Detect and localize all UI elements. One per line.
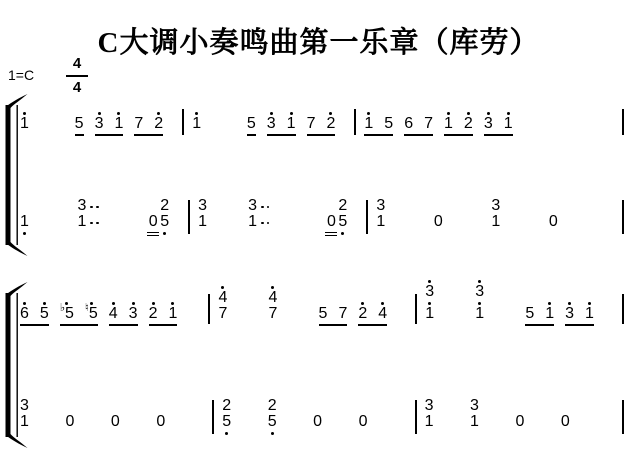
note-digit-row: 1: [545, 306, 554, 322]
time-signature-bar: [66, 75, 88, 77]
note-digit-row: 2: [358, 306, 367, 322]
note-digit: 0: [515, 414, 524, 430]
double-underline: [325, 232, 337, 236]
sub-row: [364, 132, 393, 138]
beam-group-notes: 21: [149, 300, 178, 322]
note-digit: 0: [561, 414, 570, 430]
note-digit-row: 3: [20, 398, 29, 414]
rest: 0: [147, 214, 159, 236]
rest-chord-cluster: 025: [147, 198, 169, 236]
sub-row: [65, 430, 74, 436]
beam-underline: [149, 324, 178, 326]
note-digit: 1: [287, 116, 296, 132]
sub-row: [160, 230, 169, 236]
note-digit-row: 5: [222, 414, 231, 430]
rest: 0: [434, 214, 443, 236]
duration-dot: [261, 206, 264, 209]
note-digit: 3: [425, 398, 434, 414]
duration-dot: [261, 222, 264, 225]
note: 0: [434, 214, 443, 230]
note-digit: 3: [198, 198, 207, 214]
note: 5: [338, 214, 347, 230]
beam-underline: [60, 324, 98, 326]
note-digit: 2: [149, 306, 158, 322]
note-digit: 5: [319, 306, 328, 322]
duration-dots: [261, 200, 269, 214]
beam-underline: [404, 134, 433, 136]
note: 5: [75, 116, 84, 132]
note: 7: [338, 306, 347, 322]
duration-dot: [96, 206, 99, 209]
note-digit: 1: [192, 116, 201, 132]
note: 3: [129, 300, 138, 322]
note-digit: 6: [404, 116, 413, 132]
rest: 0: [313, 414, 322, 436]
beam-group-notes: 72: [134, 110, 163, 132]
chord: 47: [269, 284, 278, 328]
chord: 31: [248, 198, 269, 236]
note-digit: 7: [338, 306, 347, 322]
note: 1: [376, 214, 385, 230]
beam-group: 72: [134, 110, 163, 138]
flat-icon: ♭: [60, 302, 65, 313]
beam-underline: [267, 134, 296, 136]
note: 1: [20, 110, 29, 132]
note: 3: [248, 198, 269, 214]
note-digit-row: 1: [287, 116, 296, 132]
duration-dots: [90, 216, 98, 230]
note: 5: [247, 116, 256, 132]
note: 0: [65, 414, 74, 430]
sub-row: [444, 132, 473, 138]
note-digit: 1: [491, 214, 500, 230]
barline: [366, 200, 368, 234]
time-signature: 4 4: [64, 54, 90, 98]
note-digit: 3: [267, 116, 276, 132]
note: 3: [20, 398, 29, 414]
barline: [622, 109, 624, 135]
note-digit-row: 1: [504, 116, 513, 132]
spacer: [238, 327, 268, 328]
note-digit-row: 1: [470, 414, 479, 430]
sub-row: [134, 132, 163, 138]
spacer: [396, 235, 434, 236]
beam-group-notes: 12: [444, 110, 473, 132]
sub-row: [192, 132, 201, 138]
note: 2: [326, 110, 335, 132]
note-digit-row: 5: [319, 306, 328, 322]
spacer: [288, 435, 314, 436]
sub-row: [313, 430, 322, 436]
note: 1: [425, 414, 434, 430]
beam-group: 57: [319, 306, 348, 328]
underline: [147, 232, 159, 233]
note-token: 1: [20, 110, 29, 138]
spacer: [212, 137, 247, 138]
note-digit: 5: [75, 116, 84, 132]
note-digit-row: 7: [134, 116, 143, 132]
note-digit-row: 1: [20, 214, 29, 230]
note-digit-row: 7: [307, 116, 316, 132]
note: 5: [525, 306, 534, 322]
note-digit: 7: [307, 116, 316, 132]
spacer: [176, 435, 204, 436]
note: 1: [78, 214, 99, 230]
note-digit-row: 3: [470, 398, 479, 414]
note: 0: [156, 414, 165, 430]
note-digit-row: 1: [114, 116, 123, 132]
note: 1: [20, 214, 29, 230]
note-digit-row: 0: [561, 414, 570, 430]
note: 4: [378, 300, 387, 322]
chord: 25: [222, 398, 231, 436]
note-digit-row: 3: [78, 198, 99, 214]
sub-row: [319, 322, 348, 328]
note-digit: 5: [89, 306, 98, 322]
sub-row: [147, 230, 159, 236]
sub-row: [109, 322, 138, 328]
note-digit: 5: [160, 214, 169, 230]
rest: 0: [549, 214, 558, 236]
note-digit-row: ♭5: [60, 306, 74, 322]
sub-row: [475, 322, 484, 328]
octave-dot-below: [271, 432, 274, 435]
note: 0: [561, 414, 570, 430]
sub-row: [268, 430, 277, 436]
note-digit: 3: [425, 284, 434, 300]
spacer: [495, 327, 525, 328]
rest: 0: [515, 414, 524, 436]
sub-row: [470, 430, 479, 436]
note-digit-row: 1: [192, 116, 201, 132]
note-digit-row: ♮5: [85, 306, 98, 322]
note-digit: 1: [364, 116, 373, 132]
note: 1: [192, 110, 201, 132]
note: 7: [269, 306, 278, 322]
beam-underline: [247, 134, 256, 136]
sub-row: [78, 230, 99, 236]
beam-group-notes: 31: [565, 300, 594, 322]
octave-dot-below: [225, 432, 228, 435]
note-digit-row: 1: [20, 414, 29, 430]
beam-underline: [444, 134, 473, 136]
note-digit: 1: [475, 306, 484, 322]
note: 1: [198, 214, 207, 230]
chord: 31: [78, 198, 99, 236]
note-digit-row: 3: [267, 116, 276, 132]
beam-group-notes: 43: [109, 300, 138, 322]
note-digit-row: 7: [269, 306, 278, 322]
note-digit: 1: [168, 306, 177, 322]
chord: 31: [376, 198, 385, 236]
note-digit: 3: [491, 198, 500, 214]
note-token: 1: [192, 110, 201, 138]
sub-row: [75, 132, 84, 138]
note-digit-row: 1: [78, 214, 99, 230]
note-digit-row: 4: [269, 290, 278, 306]
note-digit-row: 1: [585, 306, 594, 322]
note-digit: 3: [95, 116, 104, 132]
chord: 31: [475, 278, 484, 328]
time-signature-denominator: 4: [64, 78, 90, 98]
spacer: [131, 435, 157, 436]
note-digit: 1: [78, 214, 87, 230]
note: 3: [78, 198, 99, 214]
beam-underline: [358, 324, 387, 326]
sub-row: [20, 132, 29, 138]
beam-group: 24: [358, 300, 387, 328]
spacer: [85, 435, 111, 436]
note-digit: 3: [475, 284, 484, 300]
spacer: [40, 137, 75, 138]
note: 5: [40, 300, 49, 322]
score-title: C大调小奏鸣曲第一乐章（库劳）: [0, 20, 637, 61]
note-digit: 4: [378, 306, 387, 322]
note: 2: [358, 300, 367, 322]
sub-row: [20, 430, 29, 436]
note-digit: 0: [313, 414, 322, 430]
note-digit: 1: [470, 414, 479, 430]
note: 5: [384, 116, 393, 132]
note: 6: [404, 116, 413, 132]
beam-group-notes: 72: [307, 110, 336, 132]
note: 3: [484, 110, 493, 132]
spacer: [379, 435, 407, 436]
note-digit: 7: [134, 116, 143, 132]
note: 6: [20, 300, 29, 322]
sub-row: [156, 430, 165, 436]
note-digit-row: 7: [218, 306, 227, 322]
octave-dot-below: [163, 232, 166, 235]
note-digit: 0: [65, 414, 74, 430]
chord: 47: [218, 284, 227, 328]
sub-row: [338, 230, 347, 236]
note: 1: [475, 300, 484, 322]
duration-dot: [267, 206, 270, 209]
note-digit-row: 0: [515, 414, 524, 430]
sub-row: [525, 322, 554, 328]
note: 1: [287, 110, 296, 132]
note: 2: [160, 198, 169, 214]
note-digit: 3: [78, 198, 87, 214]
note-digit-row: 0: [434, 214, 443, 230]
beam-underline: [134, 134, 163, 136]
note-digit: 7: [218, 306, 227, 322]
note-digit: 5: [268, 414, 277, 430]
note-digit-row: 1: [491, 214, 500, 230]
note: ♮5: [85, 300, 98, 322]
barline: [415, 400, 417, 434]
note-digit-row: 2: [464, 116, 473, 132]
beam-group: 65: [20, 300, 49, 328]
note-digit-row: 1: [168, 306, 177, 322]
note: 1: [20, 414, 29, 430]
underline: [147, 235, 159, 236]
note: 1: [248, 214, 269, 230]
note-digit-row: 3: [475, 284, 484, 300]
note-digit: 1: [20, 214, 29, 230]
sub-row: [484, 132, 513, 138]
note-digit-row: 3: [425, 284, 434, 300]
note: 1: [444, 110, 453, 132]
note: 7: [134, 116, 143, 132]
sub-row: [307, 132, 336, 138]
barline: [622, 400, 624, 434]
note-digit-row: 2: [160, 198, 169, 214]
spacer: [605, 327, 614, 328]
note: 4: [218, 284, 227, 306]
note-digit-row: 0: [313, 414, 322, 430]
sub-row: [95, 132, 124, 138]
chord: 25: [160, 198, 169, 236]
beam-group-notes: ♭5♮5: [60, 300, 98, 322]
spacer: [445, 327, 475, 328]
beam-group-notes: 31: [484, 110, 513, 132]
note-digit: 2: [326, 116, 335, 132]
note: 3: [267, 110, 276, 132]
note-digit-row: 5: [384, 116, 393, 132]
note-digit-row: 6: [404, 116, 413, 132]
note: 7: [218, 306, 227, 322]
note: 3: [491, 198, 500, 214]
beam-group: 12: [444, 110, 473, 138]
note-digit-row: 1: [425, 414, 434, 430]
note: 3: [198, 198, 207, 214]
note-digit-row: 7: [424, 116, 433, 132]
note-digit: 7: [269, 306, 278, 322]
note: 3: [565, 300, 574, 322]
beam-group: ♭5♮5: [60, 300, 98, 328]
note-digit-row: 3: [484, 116, 493, 132]
note-digit-row: 0: [549, 214, 558, 230]
beam-group-notes: 24: [358, 300, 387, 322]
beam-group: 67: [404, 116, 433, 138]
note: 3: [425, 398, 434, 414]
note-digit: 1: [545, 306, 554, 322]
barline: [182, 109, 184, 135]
note-digit: 0: [149, 214, 158, 230]
note-digit-row: 0: [111, 414, 120, 430]
beam-underline: [75, 134, 84, 136]
note-digit: 1: [425, 414, 434, 430]
sub-row: [359, 430, 368, 436]
sub-row: [111, 430, 120, 436]
sub-row: [269, 322, 278, 328]
spacer: [511, 235, 549, 236]
beam-group: 5: [247, 116, 256, 138]
note: 1: [585, 300, 594, 322]
note-digit: 0: [434, 214, 443, 230]
sub-row: [358, 322, 387, 328]
sub-row: [60, 322, 98, 328]
note-digit: 1: [114, 116, 123, 132]
note-digit: 3: [470, 398, 479, 414]
note-digit: 5: [247, 116, 256, 132]
note: 4: [269, 284, 278, 306]
note-digit-row: 2: [222, 398, 231, 414]
beam-group-notes: 65: [20, 300, 49, 322]
note: 0: [515, 414, 524, 430]
spacer: [188, 327, 200, 328]
note: 0: [111, 414, 120, 430]
beam-underline: [565, 324, 594, 326]
chord: 31: [491, 198, 500, 236]
note-digit: 4: [109, 306, 118, 322]
note: 3: [95, 110, 104, 132]
sub-row: [491, 230, 500, 236]
note: 1: [364, 110, 373, 132]
beam-underline: [109, 324, 138, 326]
note-digit-row: 3: [565, 306, 574, 322]
beam-group: 31: [95, 110, 124, 138]
note-digit-row: 5: [247, 116, 256, 132]
note-digit: 1: [20, 116, 29, 132]
note-digit: 0: [111, 414, 120, 430]
note-digit-row: 3: [129, 306, 138, 322]
duration-dot: [90, 222, 93, 225]
note-digit-row: 4: [109, 306, 118, 322]
rest-chord-cluster-row: 025: [147, 198, 169, 236]
rest: 0: [359, 414, 368, 436]
chord: 31: [425, 278, 434, 328]
note-digit-row: 5: [338, 214, 347, 230]
duration-dot: [90, 206, 93, 209]
note-digit: 5: [222, 414, 231, 430]
spacer: [569, 235, 614, 236]
barline: [354, 109, 356, 135]
note-digit: 1: [585, 306, 594, 322]
beam-underline: [364, 134, 393, 136]
spacer: [454, 235, 492, 236]
rest-chord-cluster: 025: [325, 198, 347, 236]
chord: 25: [268, 398, 277, 436]
note-digit-row: 3: [198, 198, 207, 214]
note-digit-row: 3: [376, 198, 385, 214]
spacer: [524, 137, 614, 138]
beam-group: 31: [484, 110, 513, 138]
note-digit-row: 1: [20, 116, 29, 132]
note-digit-row: 3: [425, 398, 434, 414]
beam-group: 31: [565, 300, 594, 328]
beam-group: 31: [267, 110, 296, 138]
spacer: [110, 235, 148, 236]
beam-group-notes: 5: [75, 116, 84, 132]
beam-group-notes: 15: [364, 110, 393, 132]
note-digit: 2: [338, 198, 347, 214]
beam-group: 5: [75, 116, 84, 138]
note-digit: 1: [444, 116, 453, 132]
note-digit-row: 5: [160, 214, 169, 230]
key-signature: 1=C: [8, 67, 34, 83]
note-digit: 5: [338, 214, 347, 230]
note: 0: [549, 214, 558, 230]
barline: [208, 294, 210, 324]
note-digit: 5: [384, 116, 393, 132]
note: 0: [359, 414, 368, 430]
rest: 0: [325, 214, 337, 236]
note: 2: [268, 398, 277, 414]
note-digit-row: 5: [268, 414, 277, 430]
chord: 25: [338, 198, 347, 236]
beam-underline: [319, 324, 348, 326]
system-1-melody-line: 15317215317215671231: [20, 110, 632, 138]
sub-row: [515, 430, 524, 436]
sub-row: [404, 132, 433, 138]
note: 1: [491, 214, 500, 230]
note-digit-row: 1: [376, 214, 385, 230]
note: 1: [168, 300, 177, 322]
note: 3: [425, 278, 434, 300]
